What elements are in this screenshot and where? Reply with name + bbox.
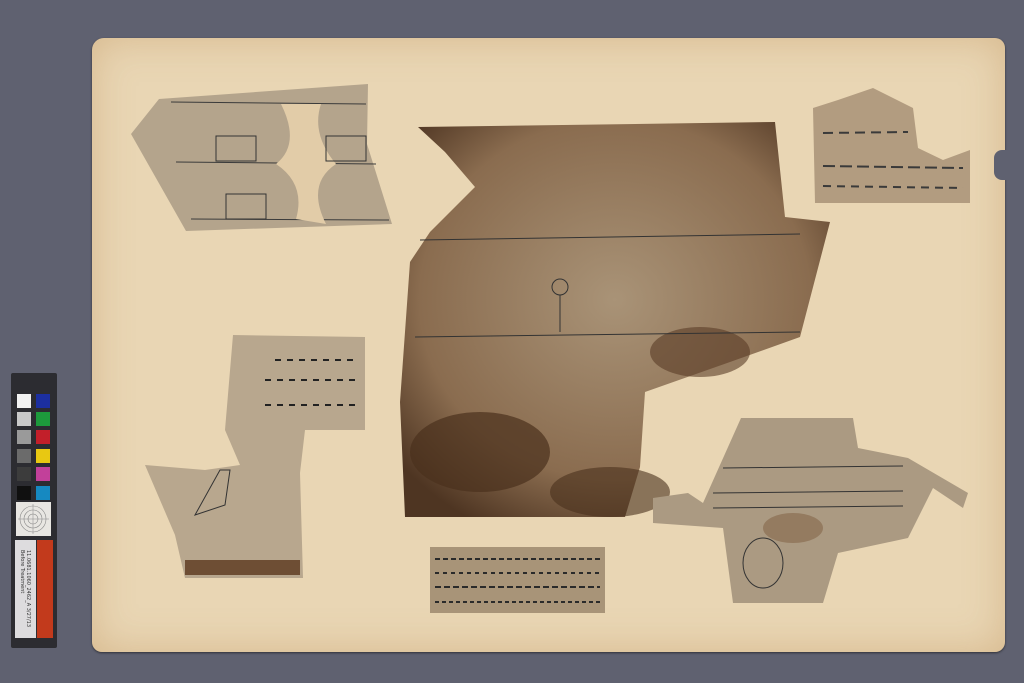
fragment-bottom-right — [653, 418, 971, 606]
swatch-yellow — [36, 449, 50, 463]
swatch-gray-4 — [17, 449, 31, 463]
swatch-gray-6 — [17, 486, 31, 500]
scale-ruler — [37, 540, 53, 638]
fragment-top-right-shape — [813, 88, 971, 204]
swatch-magenta — [36, 467, 50, 481]
swatch-gray-3 — [17, 430, 31, 444]
swatch-gray-2 — [17, 412, 31, 426]
swatch-blue — [36, 394, 50, 408]
board-notch — [994, 150, 1008, 180]
swatch-red — [36, 430, 50, 444]
focus-target-icon — [16, 502, 51, 536]
fragment-bottom-right-shape — [653, 418, 971, 606]
swatch-gray-5 — [17, 467, 31, 481]
swatch-green — [36, 412, 50, 426]
fragment-left-middle — [145, 335, 367, 578]
swatch-cyan — [36, 486, 50, 500]
fragment-top-left-shape — [131, 84, 394, 234]
fragment-top-right — [813, 88, 971, 204]
fragment-left-middle-shape — [145, 335, 367, 578]
swatch-gray-1 — [17, 394, 31, 408]
fragment-bottom-center-text — [430, 547, 605, 613]
fragment-top-left — [131, 84, 394, 234]
fragment-bottom-center — [430, 547, 605, 613]
